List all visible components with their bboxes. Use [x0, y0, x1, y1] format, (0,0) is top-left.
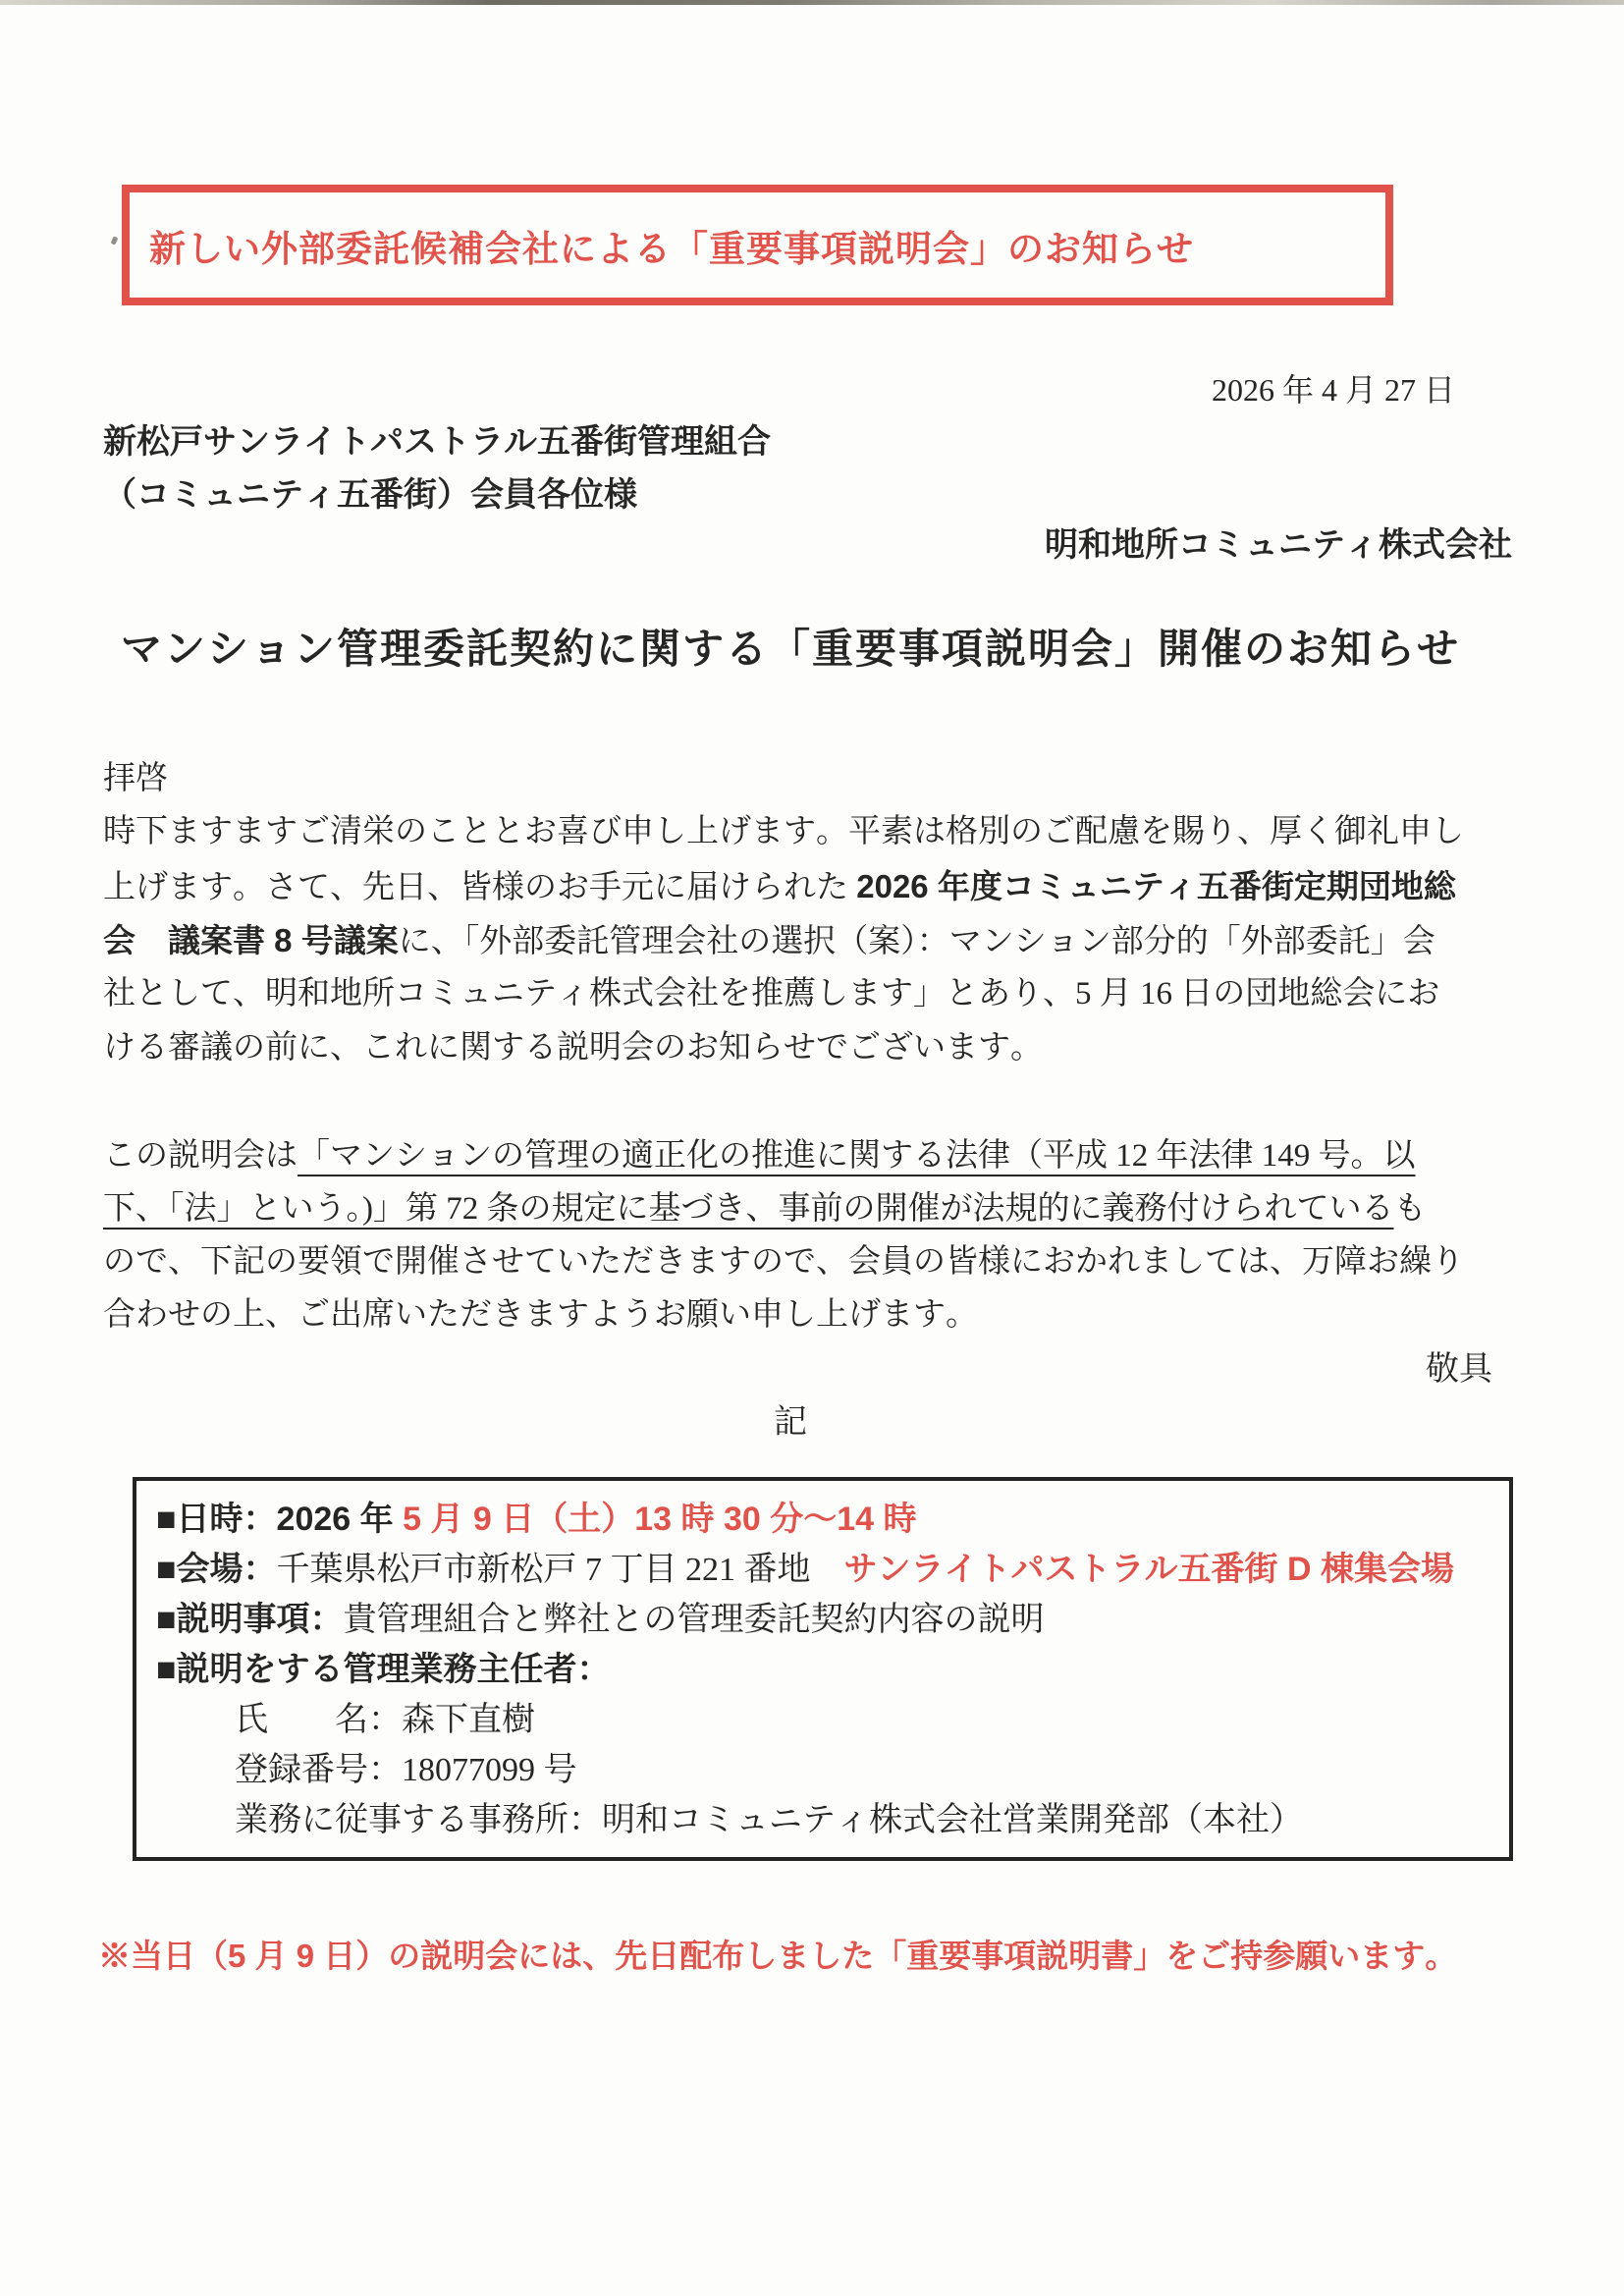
salutation: 拝啓: [103, 752, 168, 798]
text-run: も: [1394, 1191, 1427, 1227]
text-run: ■説明事項：: [156, 1601, 344, 1638]
text-line: 下、「法」という。)」第 72 条の規定に基づき、事前の開催が法規的に義務付けら…: [103, 1182, 1497, 1235]
text-run: 合わせの上、ご出席いただきますようお願い申し上げます。: [103, 1297, 978, 1333]
text-run: 「マンションの管理の適正化の推進に関する法律（平成 12 年法律 149 号。以: [298, 1138, 1416, 1174]
text-line: ■説明をする管理業務主任者：: [156, 1645, 1491, 1695]
text-line: 会 議案書 8 号議案に、「外部委託管理会社の選択（案）：マンション部分的「外部…: [103, 913, 1497, 967]
text-run: この説明会は: [103, 1138, 298, 1174]
text-run: に、「外部委託管理会社の選択（案）：マンション部分的「外部委託」会: [399, 924, 1435, 959]
text-line: 時下ますますご清栄のこととお喜び申し上げます。平素は格別のご配慮を賜り、厚く御礼…: [103, 805, 1497, 859]
text-line: ける審議の前に、これに関する説明会のお知らせでございます。: [103, 1021, 1497, 1075]
text-run: 社として、明和地所コミュニティ株式会社を推薦します」とあり、5 月 16 日の団…: [103, 976, 1439, 1011]
main-heading: マンション管理委託契約に関する「重要事項説明会」開催のお知らせ: [103, 617, 1478, 676]
text-line: 合わせの上、ご出席いただきますようお願い申し上げます。: [103, 1288, 1497, 1341]
text-run: 貴管理組合と弊社との管理委託契約内容の説明: [344, 1602, 1045, 1638]
text-run: 上げます。さて、先日、皆様のお手元に届けられた: [103, 870, 856, 905]
text-run: 下、「法」という。)」第 72 条の規定に基づき、事前の開催が法規的に義務付けら…: [103, 1191, 1394, 1227]
text-run: [811, 1552, 844, 1588]
text-run: 千葉県松戸市新松戸 7 丁目 221 番地: [277, 1552, 811, 1588]
text-line: ■日時：2026 年 5 月 9 日（土）13 時 30 分～14 時: [156, 1495, 1491, 1545]
details-box: ■日時：2026 年 5 月 9 日（土）13 時 30 分～14 時■会場：千…: [133, 1477, 1513, 1861]
footnote-note: ※当日（5 月 9 日）の説明会には、先日配布しました「重要事項説明書」をご持参…: [98, 1931, 1532, 1977]
banner-title: 新しい外部委託候補会社による「重要事項説明会」のお知らせ: [149, 219, 1194, 272]
closing-keigu: 敬具: [0, 1341, 1492, 1390]
text-run: 会 議案書 8 号議案: [103, 922, 399, 958]
text-run: 2026 年度コミュニティ五番街定期団地総: [856, 868, 1456, 904]
text-run: ける審議の前に、これに関する説明会のお知らせでございます。: [103, 1030, 1043, 1066]
text-run: 登録番号：18077099 号: [235, 1752, 577, 1788]
addressee-line-2: （コミュニティ五番街）会員各位様: [103, 467, 637, 516]
text-run: ■説明をする管理業務主任者：: [156, 1651, 611, 1688]
text-run: ■日時：2026 年: [156, 1501, 403, 1538]
text-run: 5 月 9 日（土）13 時 30 分～14 時: [403, 1501, 916, 1538]
record-mark: 記: [103, 1394, 1478, 1443]
text-run: ので、下記の要領で開催させていただきますので、会員の皆様におかれましては、万障お…: [103, 1244, 1464, 1280]
text-run: 氏 名：森下直樹: [235, 1702, 535, 1738]
addressee-line-1: 新松戸サンライトパストラル五番街管理組合: [103, 414, 771, 463]
scanned-notice-page: 新しい外部委託候補会社による「重要事項説明会」のお知らせ 2026 年 4 月 …: [0, 0, 1624, 2296]
notice-banner: 新しい外部委託候補会社による「重要事項説明会」のお知らせ: [122, 185, 1393, 305]
ink-speck: [111, 236, 119, 245]
text-line: ■会場：千葉県松戸市新松戸 7 丁目 221 番地 サンライトパストラル五番街 …: [156, 1545, 1491, 1595]
text-line: 登録番号：18077099 号: [156, 1745, 1491, 1795]
text-line: 氏 名：森下直樹: [156, 1695, 1491, 1745]
text-run: ■会場：: [156, 1551, 277, 1588]
text-line: ■説明事項：貴管理組合と弊社との管理委託契約内容の説明: [156, 1595, 1491, 1645]
scan-edge-artifact: [0, 0, 1624, 5]
text-run: 時下ますますご清栄のこととお喜び申し上げます。平素は格別のご配慮を賜り、厚く御礼…: [103, 814, 1464, 849]
text-line: この説明会は「マンションの管理の適正化の推進に関する法律（平成 12 年法律 1…: [103, 1129, 1497, 1182]
paragraph-opening: 時下ますますご清栄のこととお喜び申し上げます。平素は格別のご配慮を賜り、厚く御礼…: [103, 805, 1497, 1075]
text-line: 上げます。さて、先日、皆様のお手元に届けられた 2026 年度コミュニティ五番街…: [103, 859, 1497, 913]
sender-company: 明和地所コミュニティ株式会社: [0, 518, 1512, 566]
text-run: 業務に従事する事務所：明和コミュニティ株式会社営業開発部（本社）: [235, 1802, 1303, 1838]
text-line: ので、下記の要領で開催させていただきますので、会員の皆様におかれましては、万障お…: [103, 1235, 1497, 1288]
text-line: 業務に従事する事務所：明和コミュニティ株式会社営業開発部（本社）: [156, 1795, 1491, 1845]
text-run: サンライトパストラル五番街 D 棟集会場: [844, 1551, 1454, 1588]
text-line: 社として、明和地所コミュニティ株式会社を推薦します」とあり、5 月 16 日の団…: [103, 967, 1497, 1021]
document-date: 2026 年 4 月 27 日: [0, 365, 1455, 410]
paragraph-legal: この説明会は「マンションの管理の適正化の推進に関する法律（平成 12 年法律 1…: [103, 1129, 1497, 1341]
